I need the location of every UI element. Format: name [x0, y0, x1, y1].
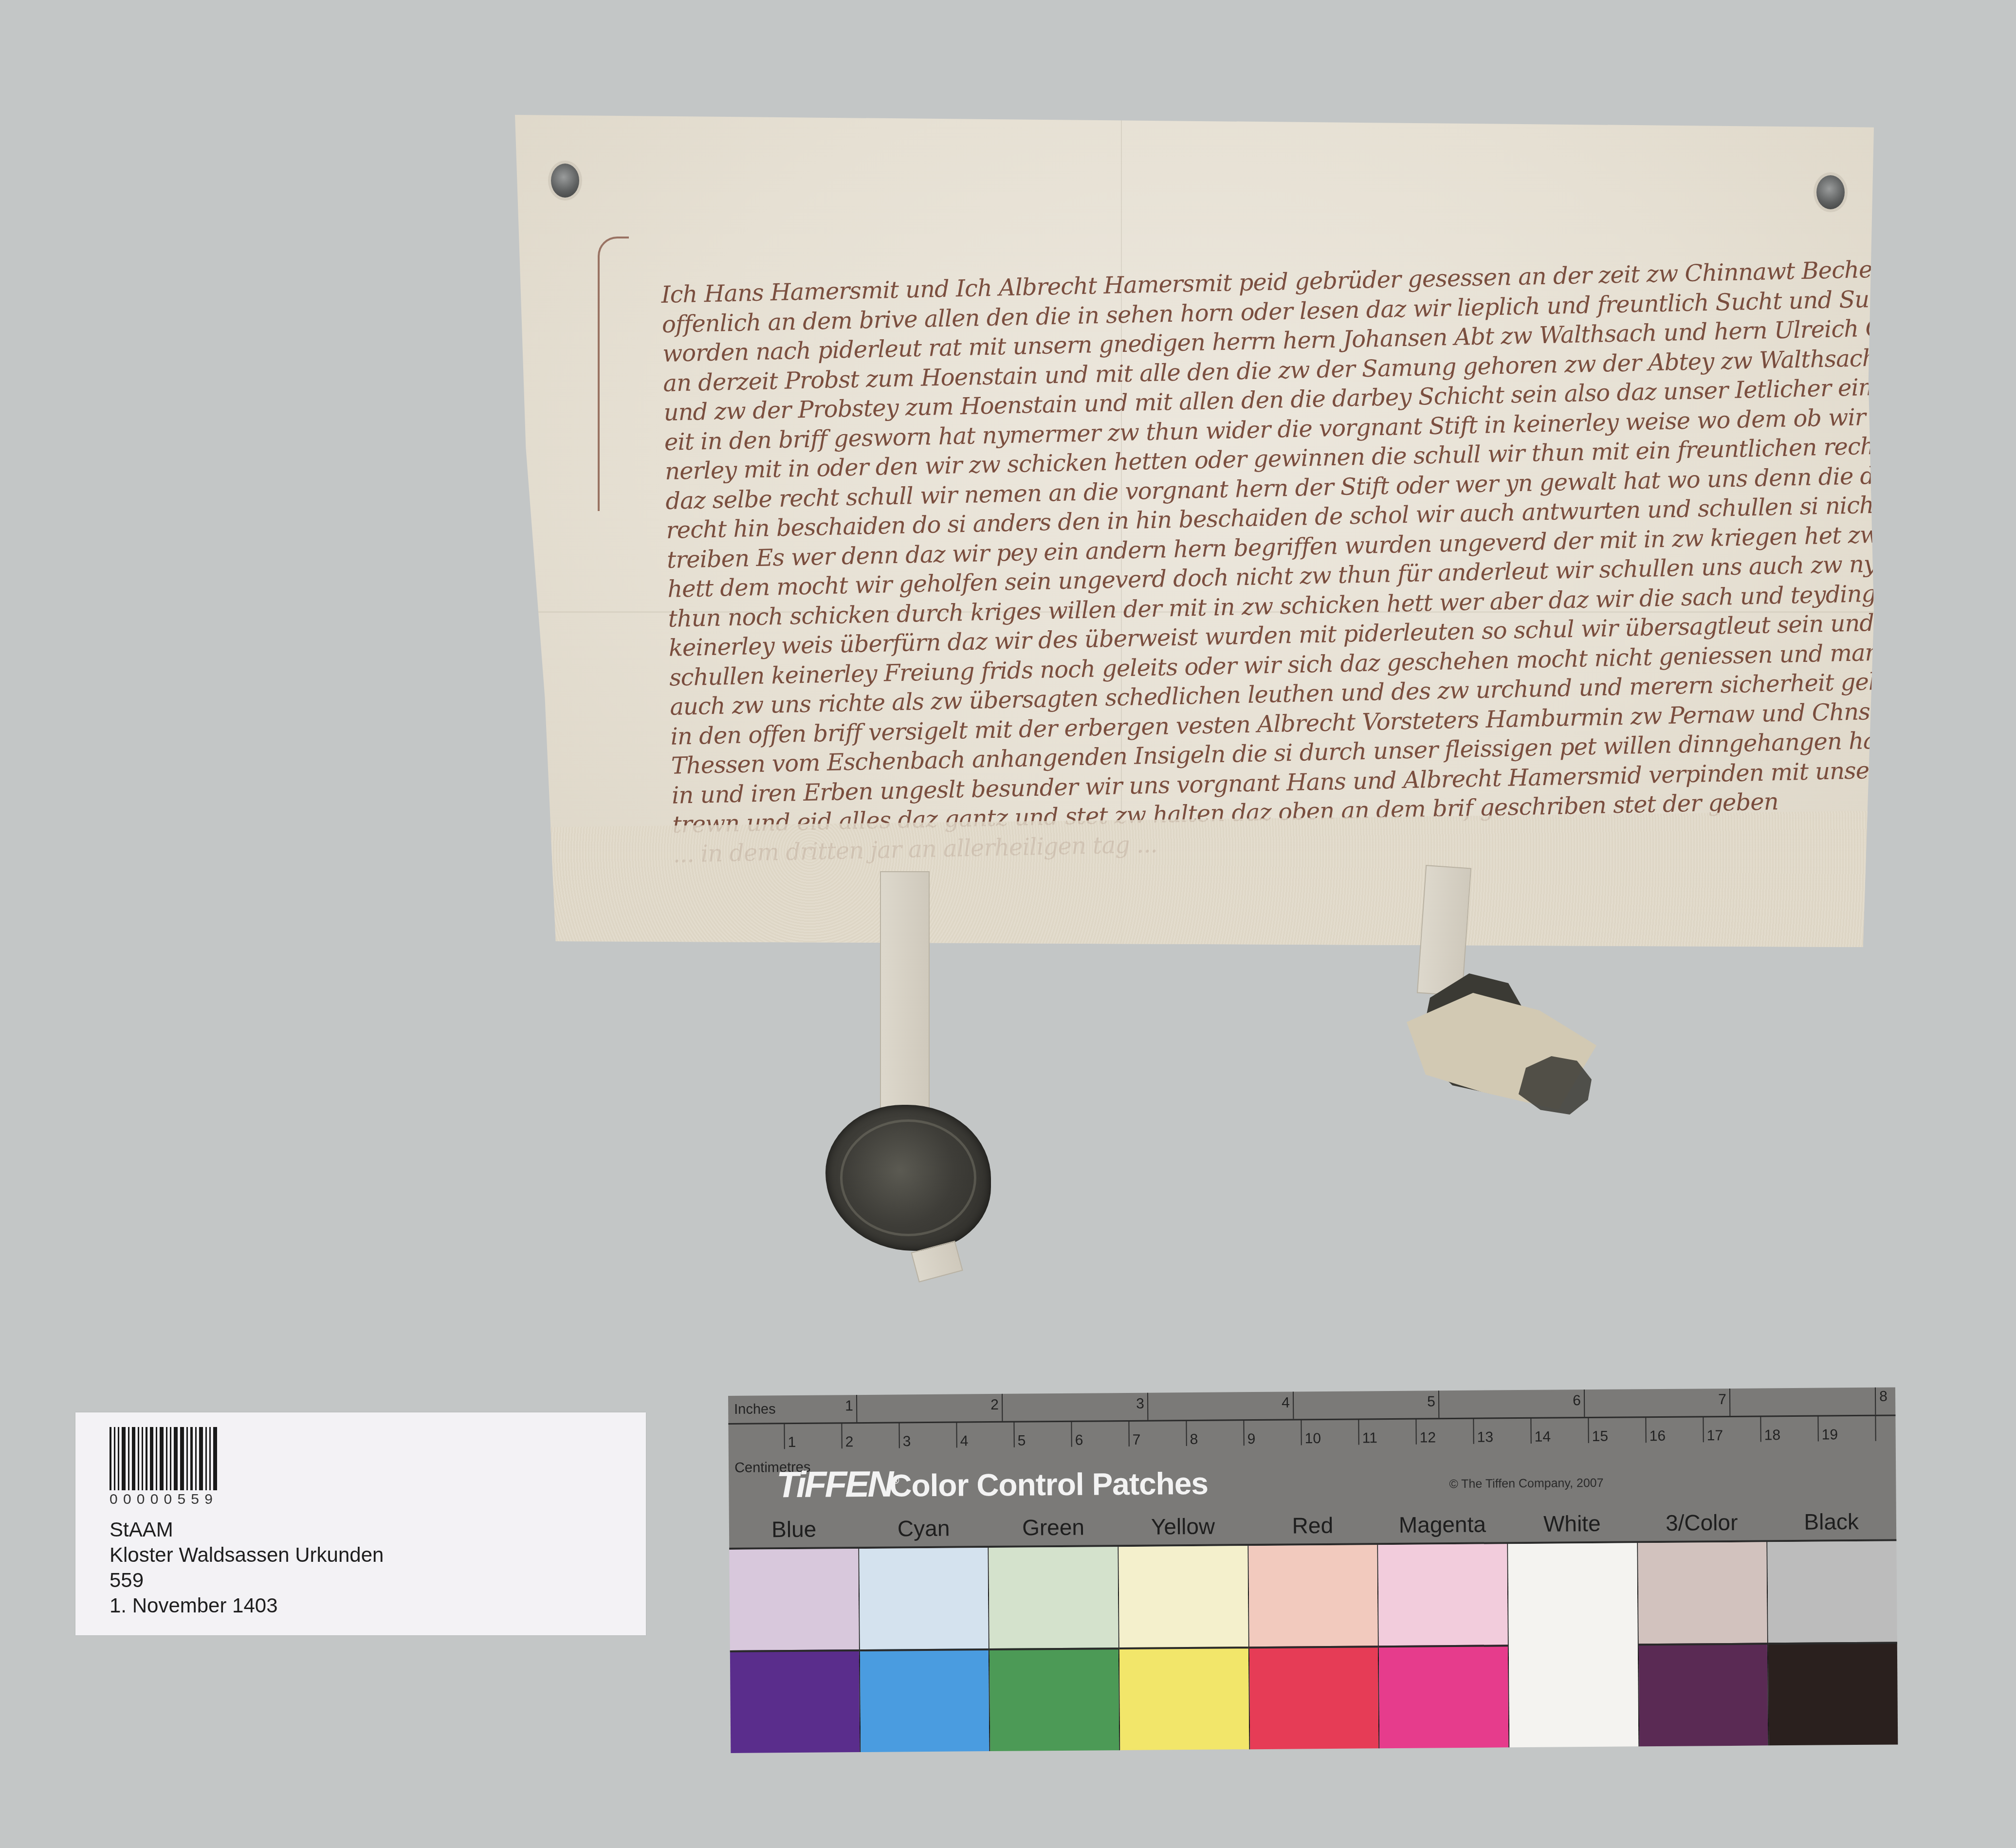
patch-label-3color: 3/Color — [1637, 1509, 1767, 1536]
color-control-chart: Inches 1 2 3 4 5 6 7 8 — [728, 1387, 1898, 1753]
cm-label: 13 — [1477, 1429, 1494, 1445]
barcode — [110, 1427, 220, 1490]
patch-magenta-dark — [1379, 1645, 1508, 1748]
mounting-hole-right — [1814, 172, 1848, 212]
cm-label: 14 — [1535, 1429, 1551, 1445]
patch-label-green: Green — [989, 1514, 1118, 1541]
chart-title: Color Control Patches — [889, 1465, 1208, 1504]
cm-label: 7 — [1133, 1432, 1141, 1448]
cm-label: 10 — [1305, 1430, 1321, 1447]
patch-magenta-light — [1378, 1544, 1508, 1646]
inch-label: 2 — [990, 1397, 999, 1413]
barcode-digit: 0 — [137, 1491, 145, 1508]
wax-seal-left — [825, 1105, 991, 1251]
patch-label-cyan: Cyan — [859, 1515, 989, 1542]
patch-3color-light — [1638, 1542, 1767, 1644]
cm-label: 17 — [1707, 1427, 1723, 1444]
patch-3color-dark — [1638, 1643, 1768, 1746]
patch-yellow — [1118, 1546, 1250, 1750]
patch-black — [1768, 1541, 1898, 1745]
cm-label: 1 — [788, 1434, 796, 1451]
patch-label-red: Red — [1248, 1512, 1378, 1539]
seal-impression — [840, 1119, 976, 1236]
cm-label: 2 — [845, 1434, 854, 1450]
plica-fold — [544, 811, 1873, 947]
document-date: 1. November 1403 — [110, 1593, 384, 1618]
cm-label: 5 — [1018, 1433, 1026, 1449]
patch-cyan-light — [859, 1548, 989, 1649]
cm-label: 3 — [903, 1433, 911, 1450]
document-number: 559 — [110, 1568, 384, 1593]
patch-blue — [729, 1549, 861, 1753]
patch-white-full — [1508, 1543, 1638, 1747]
barcode-digit: 5 — [177, 1491, 185, 1508]
inch-label: 1 — [845, 1398, 853, 1414]
mounting-hole-left — [548, 161, 582, 201]
cm-label: 18 — [1764, 1427, 1781, 1444]
charter-text: Ich Hans Hamersmit und Ich Albrecht Hame… — [661, 256, 1851, 869]
barcode-digit: 0 — [123, 1491, 131, 1508]
archive-label: 0 0 0 0 0 5 5 9 StAAM Kloster Waldsassen… — [75, 1412, 646, 1635]
inch-label: 3 — [1136, 1396, 1144, 1412]
decorated-initial-I — [598, 237, 629, 511]
inches-title: Inches — [734, 1401, 776, 1418]
patch-label-black: Black — [1766, 1508, 1896, 1535]
tiffen-logo: TiFFEN® — [776, 1463, 897, 1505]
inch-label: 6 — [1573, 1392, 1581, 1409]
patch-label-yellow: Yellow — [1118, 1513, 1248, 1540]
archive-code: StAAM — [110, 1517, 384, 1542]
patch-3color — [1638, 1542, 1769, 1746]
patch-blue-light — [729, 1549, 859, 1650]
patch-cyan-dark — [860, 1648, 989, 1752]
cm-label: 8 — [1190, 1431, 1198, 1448]
barcode-digit: 5 — [191, 1491, 199, 1508]
cm-label: 6 — [1075, 1432, 1083, 1449]
barcode-digit: 0 — [110, 1491, 118, 1508]
chart-header: Inches 1 2 3 4 5 6 7 8 — [728, 1387, 1896, 1550]
patch-yellow-light — [1118, 1546, 1248, 1647]
patch-yellow-dark — [1119, 1647, 1249, 1750]
patch-labels: Blue Cyan Green Yellow Red Magenta White… — [729, 1508, 1896, 1543]
patch-label-white: White — [1507, 1510, 1637, 1537]
inch-label: 4 — [1282, 1395, 1290, 1411]
patch-magenta — [1378, 1544, 1510, 1748]
barcode-digit: 0 — [150, 1491, 159, 1508]
patch-black-light — [1768, 1541, 1897, 1643]
cm-label: 15 — [1592, 1428, 1609, 1445]
patch-white — [1508, 1543, 1639, 1747]
patch-red — [1248, 1545, 1380, 1749]
copyright-notice: © The Tiffen Company, 2007 — [1449, 1476, 1603, 1491]
seal-tag-right — [1417, 865, 1471, 996]
patch-label-magenta: Magenta — [1377, 1511, 1507, 1538]
patch-green-light — [989, 1547, 1118, 1648]
collection-name: Kloster Waldsassen Urkunden — [110, 1542, 384, 1568]
cm-label: 12 — [1420, 1429, 1436, 1446]
cm-label: 4 — [960, 1433, 969, 1449]
color-patches — [729, 1541, 1898, 1753]
patch-red-dark — [1249, 1646, 1378, 1749]
patch-black-dark — [1768, 1642, 1898, 1745]
cm-label: 11 — [1362, 1430, 1377, 1446]
inch-label: 7 — [1718, 1391, 1726, 1408]
charter-parchment: Ich Hans Hamersmit und Ich Albrecht Hame… — [515, 115, 1874, 947]
inch-label: 5 — [1427, 1393, 1435, 1410]
label-text: StAAM Kloster Waldsassen Urkunden 559 1.… — [110, 1517, 384, 1618]
patch-green — [989, 1547, 1120, 1751]
patch-label-blue: Blue — [729, 1516, 859, 1543]
inch-label: 8 — [1879, 1389, 1888, 1405]
cm-label: 16 — [1649, 1428, 1666, 1445]
patch-blue-dark — [730, 1649, 860, 1753]
cm-label: 19 — [1822, 1427, 1838, 1443]
patch-red-light — [1248, 1545, 1378, 1647]
patch-green-dark — [990, 1647, 1119, 1751]
barcode-number: 0 0 0 0 0 5 5 9 — [110, 1491, 213, 1508]
patch-cyan — [859, 1548, 990, 1752]
barcode-digit: 9 — [204, 1491, 213, 1508]
cm-label: 9 — [1247, 1431, 1256, 1447]
barcode-digit: 0 — [164, 1491, 172, 1508]
